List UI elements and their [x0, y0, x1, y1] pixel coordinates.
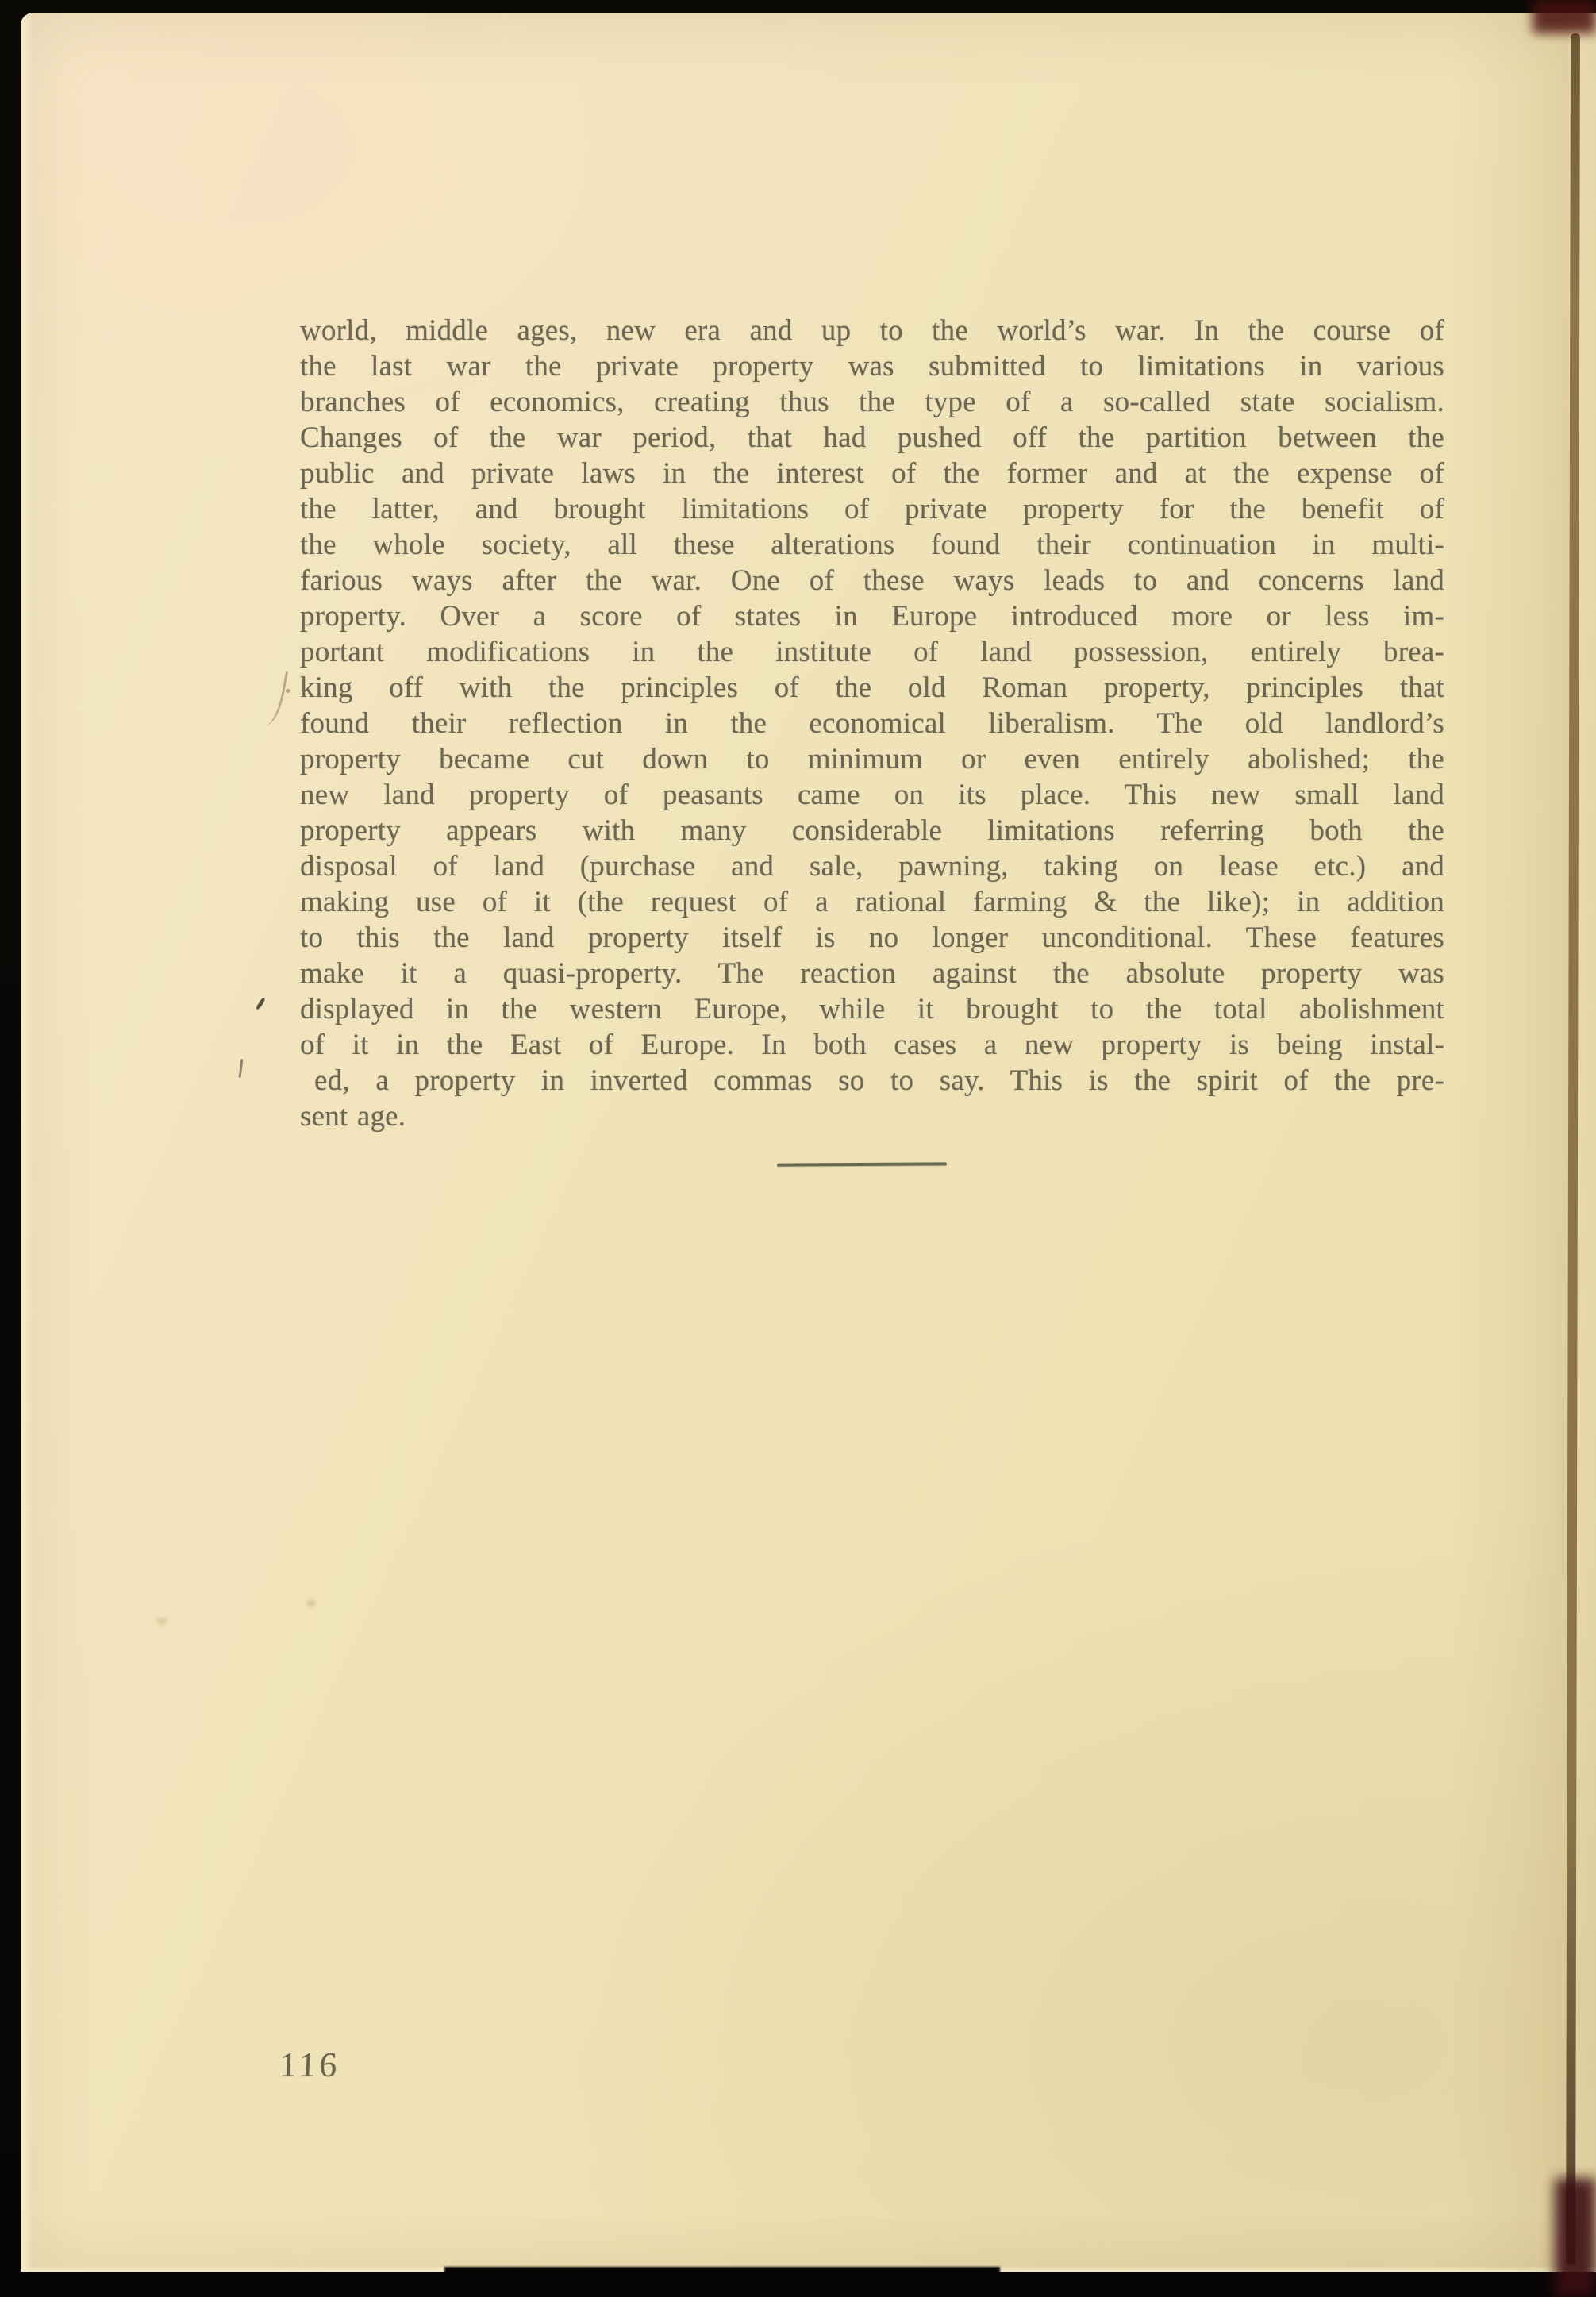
text-line: branches of economics, creating thus the…: [300, 384, 1444, 420]
text-line: world, middle ages, new era and up to th…: [300, 313, 1444, 348]
paper-aging-speck: [306, 1600, 316, 1606]
text-line: public and private laws in the interest …: [300, 456, 1444, 491]
text-line: displayed in the western Europe, while i…: [300, 991, 1444, 1027]
text-line: to this the land property itself is no l…: [300, 920, 1444, 956]
text-line: farious ways after the war. One of these…: [300, 563, 1444, 598]
page-number: 116: [279, 2045, 341, 2085]
page-curvature-shadow: [1450, 13, 1569, 2272]
text-line: making use of it (the request of a ratio…: [300, 884, 1444, 920]
scanner-bottom-strip: [444, 2267, 1000, 2280]
text-line: the whole society, all these alterations…: [300, 527, 1444, 563]
section-divider-rule: [777, 1162, 947, 1166]
text-line: property. Over a score of states in Euro…: [300, 598, 1444, 634]
text-line: ed, a property in inverted commas so to …: [300, 1063, 1444, 1098]
text-line: property appears with many considerable …: [300, 813, 1444, 848]
margin-pencil-mark-dot: [286, 689, 290, 693]
text-line: property became cut down to minimum or e…: [300, 741, 1444, 777]
text-line: of it in the East of Europe. In both cas…: [300, 1027, 1444, 1063]
margin-pencil-mark-curve: [263, 669, 288, 728]
text-line: Changes of the war period, that had push…: [300, 420, 1444, 456]
margin-pencil-mark-tick: [239, 1059, 244, 1078]
text-line: found their reflection in the economical…: [300, 706, 1444, 741]
paper-aging-speck: [157, 1618, 167, 1625]
text-line: the last war the private property was su…: [300, 348, 1444, 384]
text-line: make it a quasi-property. The reaction a…: [300, 956, 1444, 991]
paper-left-edge-highlight: [21, 13, 33, 2272]
scan-stain-bottom-right: [1555, 2178, 1596, 2297]
text-line: king off with the principles of the old …: [300, 670, 1444, 706]
text-line: disposal of land (purchase and sale, paw…: [300, 848, 1444, 884]
text-line: sent age.: [300, 1098, 1444, 1134]
body-text-paragraph: world, middle ages, new era and up to th…: [300, 313, 1444, 1134]
scan-stain-top-right: [1533, 0, 1596, 33]
text-line: the latter, and brought limitations of p…: [300, 491, 1444, 527]
book-page-paper: world, middle ages, new era and up to th…: [21, 13, 1596, 2272]
text-line: new land property of peasants came on it…: [300, 777, 1444, 813]
margin-pencil-mark-comma: [256, 997, 266, 1010]
text-line: portant modifications in the institute o…: [300, 634, 1444, 670]
scanned-book-page: world, middle ages, new era and up to th…: [0, 0, 1596, 2297]
